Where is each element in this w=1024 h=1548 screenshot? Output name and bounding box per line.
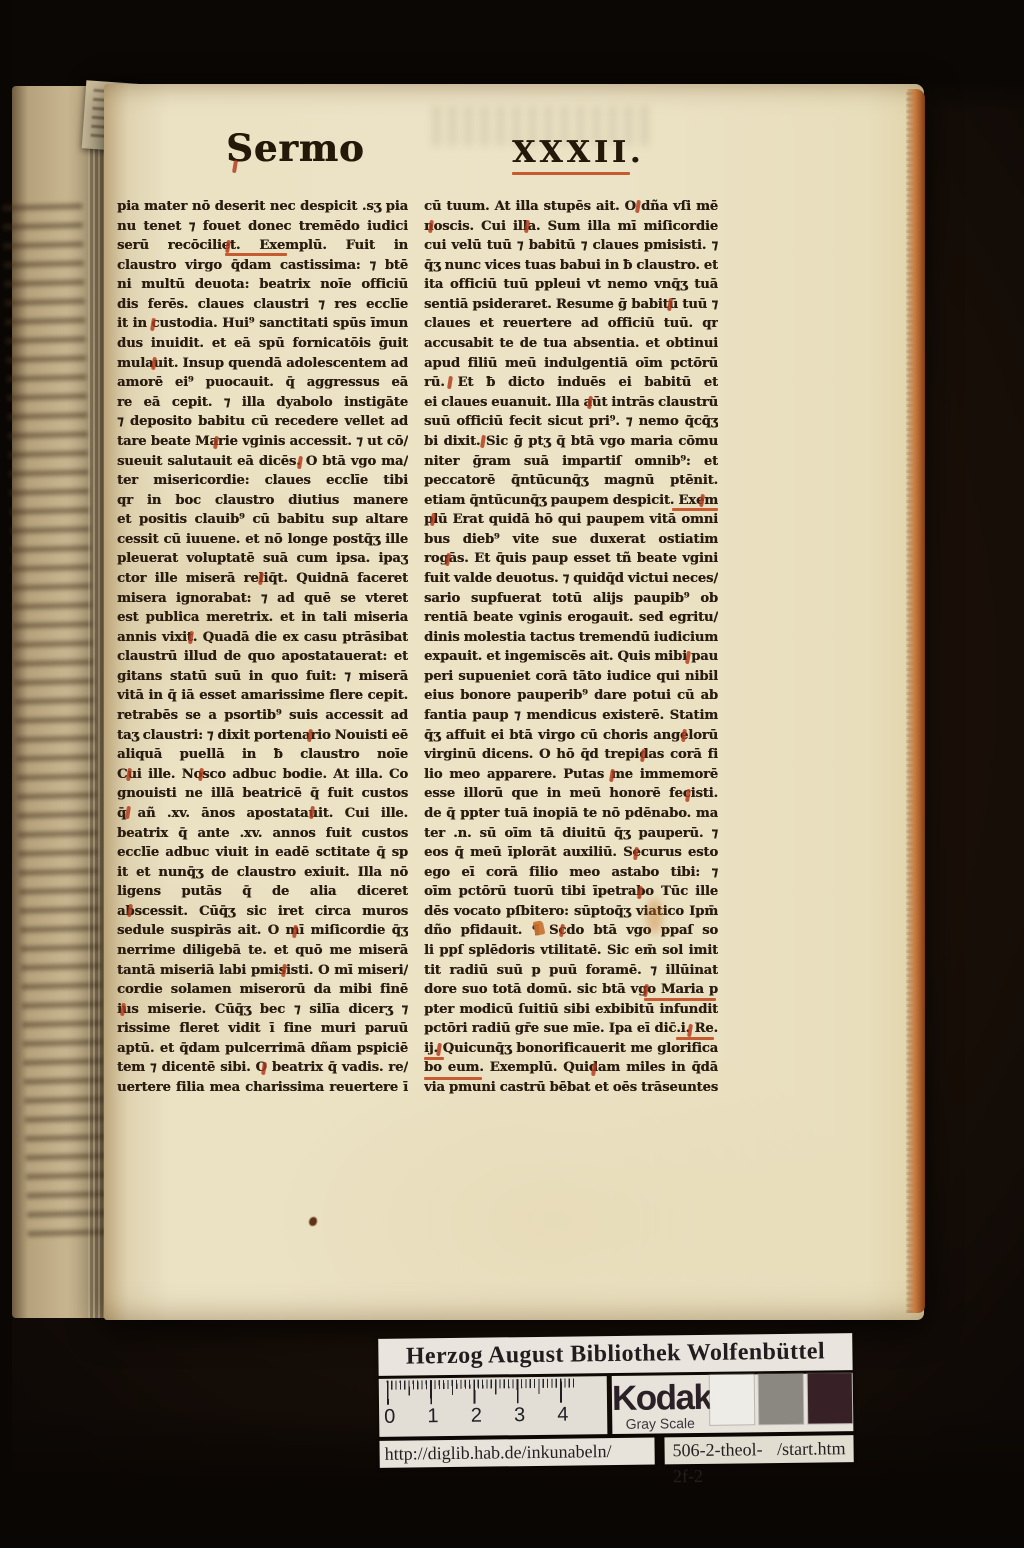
text-line: fuit valde deuotus. ⁊ quidq̄d victui nec… <box>424 569 718 589</box>
text-line: rentiā beate vginis erogauit. sed egritu… <box>424 608 718 628</box>
text-line: sario supfuerat totū alijs paupib⁹ ob re… <box>424 589 718 609</box>
text-line: aliquā puellā in ƀ claustro noīe beatric… <box>117 745 408 765</box>
document-id: 506-2-theol-2f-2 <box>672 1436 777 1464</box>
running-title: Sermo <box>226 130 365 167</box>
ruler-number: 4 <box>557 1404 601 1425</box>
grayscale-patch <box>759 1374 804 1425</box>
text-line: rogās. Et q̄uis paup esset tñ beate vgin… <box>424 549 718 569</box>
text-line: bus dieb⁹ vite sue duxerat ostiatim pane… <box>424 530 718 550</box>
kodak-brand: Kodak <box>612 1380 708 1416</box>
book-page: Sermo XXXII. pia mater nō deserit nec de… <box>104 84 924 1320</box>
sermon-number: XXXII. <box>512 138 644 168</box>
text-line: it in custodia. Hui⁹ sanctitati spūs īmu… <box>117 314 408 334</box>
text-line: via pmuni castrū bēbat et oēs trāseuntes <box>424 1078 718 1098</box>
text-line: peccatorē q̄ntūcunq̄ʒ magnū ptēnit. null… <box>424 471 718 491</box>
right-text-column: cū tuum. At illa stupēs ait. O dña vſi m… <box>424 197 718 1098</box>
text-line: serū recōciliet. Exemplū. Fuit in quodam <box>117 236 408 256</box>
text-line: misera ignorabat: ⁊ ad quē se vteret fac… <box>117 589 408 609</box>
text-line: lio meo apparere. Putas me immemorē <box>424 765 718 785</box>
text-line: virginū dicens. O hō q̄d trepidas corā f… <box>424 745 718 765</box>
text-line: nerrime diligebā te. et quō me miserā ad <box>117 941 408 961</box>
text-line: dis ferēs. claues claustri ⁊ res ecclīe … <box>117 295 408 315</box>
photograph-background: Sermo XXXII. pia mater nō deserit nec de… <box>0 0 1024 1548</box>
text-line: ego eī corā filio meo astabo tibi: ⁊ ven… <box>424 863 718 883</box>
text-line: expauit. et ingemiscēs ait. Quis mibi pa… <box>424 647 718 667</box>
kodak-wordmark: Kodak Gray Scale <box>612 1375 709 1434</box>
text-line: cessit cū iuuene. et nō longe postq̄ʒ il… <box>117 530 408 550</box>
ruler-number: 3 <box>514 1405 558 1426</box>
text-line: suū officiū fecit sicut pri⁹. ⁊ nemo q̄c… <box>424 412 718 432</box>
text-line: q̄ʒ affuit ei btā virgo cū choris angelo… <box>424 726 718 746</box>
text-line: niter ḡram suā impartiſ omnib⁹: et nullu… <box>424 452 718 472</box>
text-line: oīm pctōrū tuorū tibi īpetrabo Tūc ille … <box>424 882 718 902</box>
text-line: taʒ claustri: ⁊ dixit portenario Nouisti… <box>117 726 408 746</box>
text-line: dus inuidit. et eā spū fornicatōis ḡuit … <box>117 334 408 354</box>
text-line: bi dixit. Sic ḡ ptʒ q̄ btā vgo maria cōm… <box>424 432 718 452</box>
text-line: pctōri radiū gr̄e sue mīe. Ipa eī dic̄.i… <box>424 1019 718 1039</box>
text-line: tare beate Marie vginis accessit. ⁊ ut c… <box>117 432 408 452</box>
text-line: claustro virgo q̄dam castissima: ⁊ btē v… <box>117 256 408 276</box>
text-line: noscis. Cui illa. Sum illa mī miſicordie <box>424 217 718 237</box>
text-line: beatrix q̄ ante .xv. annos fuit custos b… <box>117 824 408 844</box>
previous-pages-stack <box>12 86 112 1318</box>
text-line: ctor ille miserā reliq̄t. Quidnā faceret… <box>117 569 408 589</box>
text-line: claues et reuertere ad officiū tuū. qr n… <box>424 314 718 334</box>
text-line: de q̄ ppter tuā inopiā te nō pdēnabo. ma <box>424 804 718 824</box>
text-line: esse illorū que in meū honorē fecisti. C… <box>424 784 718 804</box>
ruler-major-ticks <box>387 1379 575 1405</box>
text-line: it et nunq̄ʒ de claustro exiuit. Illa nō… <box>117 863 408 883</box>
ruler-number: 2 <box>471 1405 515 1426</box>
text-line: rissime fleret vidit ī fine muri paruū o… <box>117 1019 408 1039</box>
text-line: apud filiū meū indulgentiā oīm pctōrū tu… <box>424 354 718 374</box>
text-line: sedule suspirās ait. O mī miſicordie q̄ʒ… <box>117 921 408 941</box>
text-line: retrabēs se a psortib⁹ suis accessit ad … <box>117 706 408 726</box>
text-line: amorē ei⁹ puocauit. q̄ aggressus eā salu… <box>117 373 408 393</box>
text-line: ni multū deuota: beatrix noīe officiū cu… <box>117 275 408 295</box>
library-name: Herzog August Bibliothek Wolfenbüttel <box>378 1333 852 1376</box>
text-line: gitans statū suū in quo fuit: ⁊ miserā i… <box>117 667 408 687</box>
label-bottom-row: http://diglib.hab.de/inkunabeln/ 506-2-t… <box>379 1435 853 1468</box>
text-line: li ppſ splēdoris vtilitatē. Sic em̄ sol … <box>424 941 718 961</box>
ruler-number: 1 <box>427 1406 471 1427</box>
left-text-column: pia mater nō deserit nec despicit .sʒ pi… <box>117 197 408 1098</box>
text-line: dore suo totā domū. sic btā vgo Maria p <box>424 980 718 1000</box>
text-line: uertere filia mea charissima reuertere ī… <box>117 1078 408 1098</box>
text-line: eos q̄ meū īplorāt auxiliū. Securus esto <box>424 843 718 863</box>
text-line: dēs vocato pſbitero: sūptoq̄ʒ viatico Ip… <box>424 902 718 922</box>
gray-scale-patches <box>710 1373 853 1425</box>
text-line: mulauit. Insup quendā adolescentem ad <box>117 354 408 374</box>
text-line: ligens putās q̄ de alia diceret ingemisc… <box>117 882 408 902</box>
text-line: ei claues euanuit. Illa aūt intrās claus… <box>424 393 718 413</box>
text-line: ita officiū tuū ppleui vt nemo vnq̄ʒ tuā… <box>424 275 718 295</box>
text-line: q̄ añ .xv. ānos apostatauit. Cui ille. E… <box>117 804 408 824</box>
text-line: annis vixit. Quadā die ex casu ptrāsibat <box>117 628 408 648</box>
text-line: Cui ille. Nosco adbuc bodie. At illa. Co <box>117 765 408 785</box>
library-label: Herzog August Bibliothek Wolfenbüttel 01… <box>378 1333 854 1470</box>
text-line: accusabit te de tua absentia. et obtinui… <box>424 334 718 354</box>
text-line: dinis molestia tactus tremendū iudicium <box>424 628 718 648</box>
base-url: http://diglib.hab.de/inkunabeln/ <box>379 1438 654 1468</box>
text-line: tantā miseriā labi pmisisti. O mī miseri… <box>117 961 408 981</box>
ruler: 01234 <box>379 1376 608 1437</box>
text-line: ecclīe adbuc viuit in eadē sctitate q̄ s… <box>117 843 408 863</box>
text-line: est publica meretrix. et in tali miseria… <box>117 608 408 628</box>
text-line: pter modicū ſuitiū sibi exbibitū infundi… <box>424 1000 718 1020</box>
text-line: etiam q̄ntūcunq̄ʒ paupem despicit. Exem <box>424 491 718 511</box>
document-id-box: 506-2-theol-2f-2 /start.htm <box>664 1435 853 1464</box>
text-line: ter misericordie: claues ecclīe tibi pmi… <box>117 471 408 491</box>
text-line: re eā cepit. ⁊ illa dyabolo instigāte ps… <box>117 393 408 413</box>
text-line: cui velū tuū ⁊ babitū ⁊ claues pmisisti.… <box>424 236 718 256</box>
red-fore-edge <box>906 89 925 1313</box>
text-line: claustrū illud de quo apostatauerat: et … <box>117 647 408 667</box>
text-line: gnouisti ne illā beatricē q̄ fuit custos… <box>117 784 408 804</box>
text-line: bo eum. Exemplū. Quidam miles in q̄dā <box>424 1058 718 1078</box>
kodak-subtitle: Gray Scale <box>612 1415 708 1434</box>
text-line: ter .n. sū oīm tā diuitū q̄ʒ pauperū. ⁊ … <box>424 824 718 844</box>
text-line: ⁊ deposito babitu cū recedere vellet ad … <box>117 412 408 432</box>
text-line: et positis clauib⁹ cū babitu sup altare … <box>117 510 408 530</box>
text-line: vitā in q̄ iā esset amarissime flere cep… <box>117 686 408 706</box>
ruler-numbers: 01234 <box>384 1404 601 1427</box>
text-line: ij. Quicunq̄ʒ bonorificauerit me glorifi… <box>424 1039 718 1059</box>
text-line: pia mater nō deserit nec despicit .sʒ pi… <box>117 197 408 217</box>
kodak-panel: Kodak Gray Scale <box>612 1373 854 1434</box>
text-line: eius bonore pauperib⁹ dare potui cū ab i… <box>424 686 718 706</box>
text-line: cū tuum. At illa stupēs ait. O dña vſi m… <box>424 197 718 217</box>
grayscale-patch <box>710 1374 755 1425</box>
text-line: qr in boc claustro diutius manere nequeo <box>117 491 408 511</box>
text-line: q̄ʒ nunc vices tuas babui in ƀ claustro.… <box>424 256 718 276</box>
text-line: sentiā psideraret. Resume ḡ babitū tuū ⁊ <box>424 295 718 315</box>
ruler-number: 0 <box>384 1406 428 1427</box>
label-middle-row: 01234 Kodak Gray Scale <box>379 1373 854 1437</box>
text-line: plū Erat quidā hō qui paupem vitā omni <box>424 510 718 530</box>
text-line: abscessit. Cūq̄ʒ sic iret circa muros cl… <box>117 902 408 922</box>
text-line: tit radiū suū p puū foramē. ⁊ illūinat s… <box>424 961 718 981</box>
text-line: fantia paup ⁊ mendicus existerē. Statim <box>424 706 718 726</box>
text-line: nu tenet ⁊ fouet donec tremēdo iudici mi… <box>117 217 408 237</box>
text-line: aptū. et q̄dam pulcerrimā dñam pspiciē <box>117 1039 408 1059</box>
text-line: pleuerat voluptatē suā cum ipsa. ipaʒ se… <box>117 549 408 569</box>
text-line: rū. Et ƀ dicto induēs ei babitū et redde… <box>424 373 718 393</box>
grayscale-patch <box>808 1373 853 1424</box>
text-line: ius miserie. Cūq̄ʒ bec ⁊ silīa dicerʒ ⁊ … <box>117 1000 408 1020</box>
text-line: peri supueniet corā tāto iudice qui nibi… <box>424 667 718 687</box>
text-line: tem ⁊ dicentē sibi. O beatrix q̄ vadis. … <box>117 1058 408 1078</box>
text-line: sueuit salutauit eā dicēs. O btā vgo ma/ <box>117 452 408 472</box>
text-line: dño pfidauit. ¶ Scdo btā vgo ppaſ so <box>424 921 718 941</box>
text-line: cordie solamen miserorū da mibi finē bu/ <box>117 980 408 1000</box>
page-file: /start.htm <box>777 1435 846 1463</box>
